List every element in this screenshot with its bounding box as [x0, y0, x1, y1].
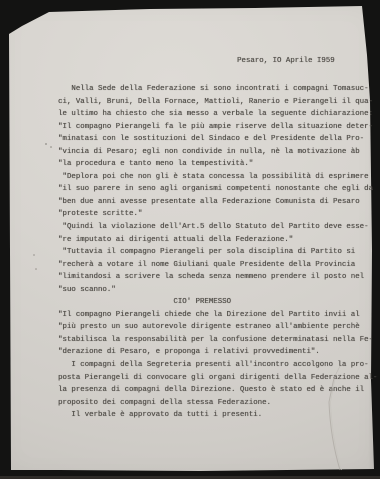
- text-line: "minatasi con le sostituzioni del Sindac…: [58, 133, 377, 146]
- ink-speck: [35, 268, 37, 270]
- ink-speck: [50, 146, 52, 148]
- text-line: ci, Valli, Bruni, Della Fornace, Mattiol…: [58, 96, 377, 109]
- text-line: "re imputato ai dirigenti attuali della …: [58, 234, 377, 247]
- text-line: I compagni della Segreteria presenti all…: [58, 359, 377, 372]
- text-line: "la procedura e tanto meno la tempestivi…: [58, 158, 377, 171]
- text-line: Il verbale è approvato da tutti i presen…: [58, 409, 377, 422]
- date-line: Pesaro, IO Aprile I959: [237, 57, 335, 65]
- text-line: Nella Sede della Federazione si sono inc…: [58, 83, 377, 96]
- text-line: "suo scanno.": [58, 284, 377, 297]
- photo-background: Pesaro, IO Aprile I959 Nella Sede della …: [0, 0, 380, 479]
- text-line: CIO' PREMESSO: [58, 296, 377, 309]
- text-line: "limitandosi a scrivere la scheda senza …: [58, 271, 377, 284]
- ink-speck: [33, 254, 35, 256]
- text-line: la presenza di compagni della Direzione.…: [58, 384, 377, 397]
- text-line: "il suo parere in seno agli organismi co…: [58, 183, 377, 196]
- text-line: "recherà a votare il nome Giuliani quale…: [58, 259, 377, 272]
- text-line: "derazione di Pesaro, e proponga i relat…: [58, 346, 377, 359]
- typewritten-body: Nella Sede della Federazione si sono inc…: [58, 83, 377, 422]
- text-line: "vincia di Pesaro; egli non condivide in…: [58, 146, 377, 159]
- text-line: "proteste scritte.": [58, 208, 377, 221]
- text-line: proposito dei compagni della stessa Fede…: [58, 397, 377, 410]
- text-line: "ben due anni avesse presentate alla Fed…: [58, 196, 377, 209]
- text-line: "Il compagno Pierangeli fa le più ampie …: [58, 121, 377, 134]
- text-line: le ultimo ha chiesto che sia messo a ver…: [58, 108, 377, 121]
- ink-speck: [45, 143, 47, 145]
- text-line: "stabilisca la responsabilità per la con…: [58, 334, 377, 347]
- text-line: "Il compagno Pierangeli chiede che la Di…: [58, 309, 377, 322]
- text-line: posta Pierangeli di convocare gli organi…: [58, 372, 377, 385]
- text-line: "Deplora poi che non gli è stata concess…: [58, 171, 377, 184]
- text-line: "più presto un suo autorevole dirigente …: [58, 321, 377, 334]
- text-line: "Tuttavia il compagno Pierangeli per sol…: [58, 246, 377, 259]
- text-line: "Quindi la violazione dell'Art.5 dello S…: [58, 221, 377, 234]
